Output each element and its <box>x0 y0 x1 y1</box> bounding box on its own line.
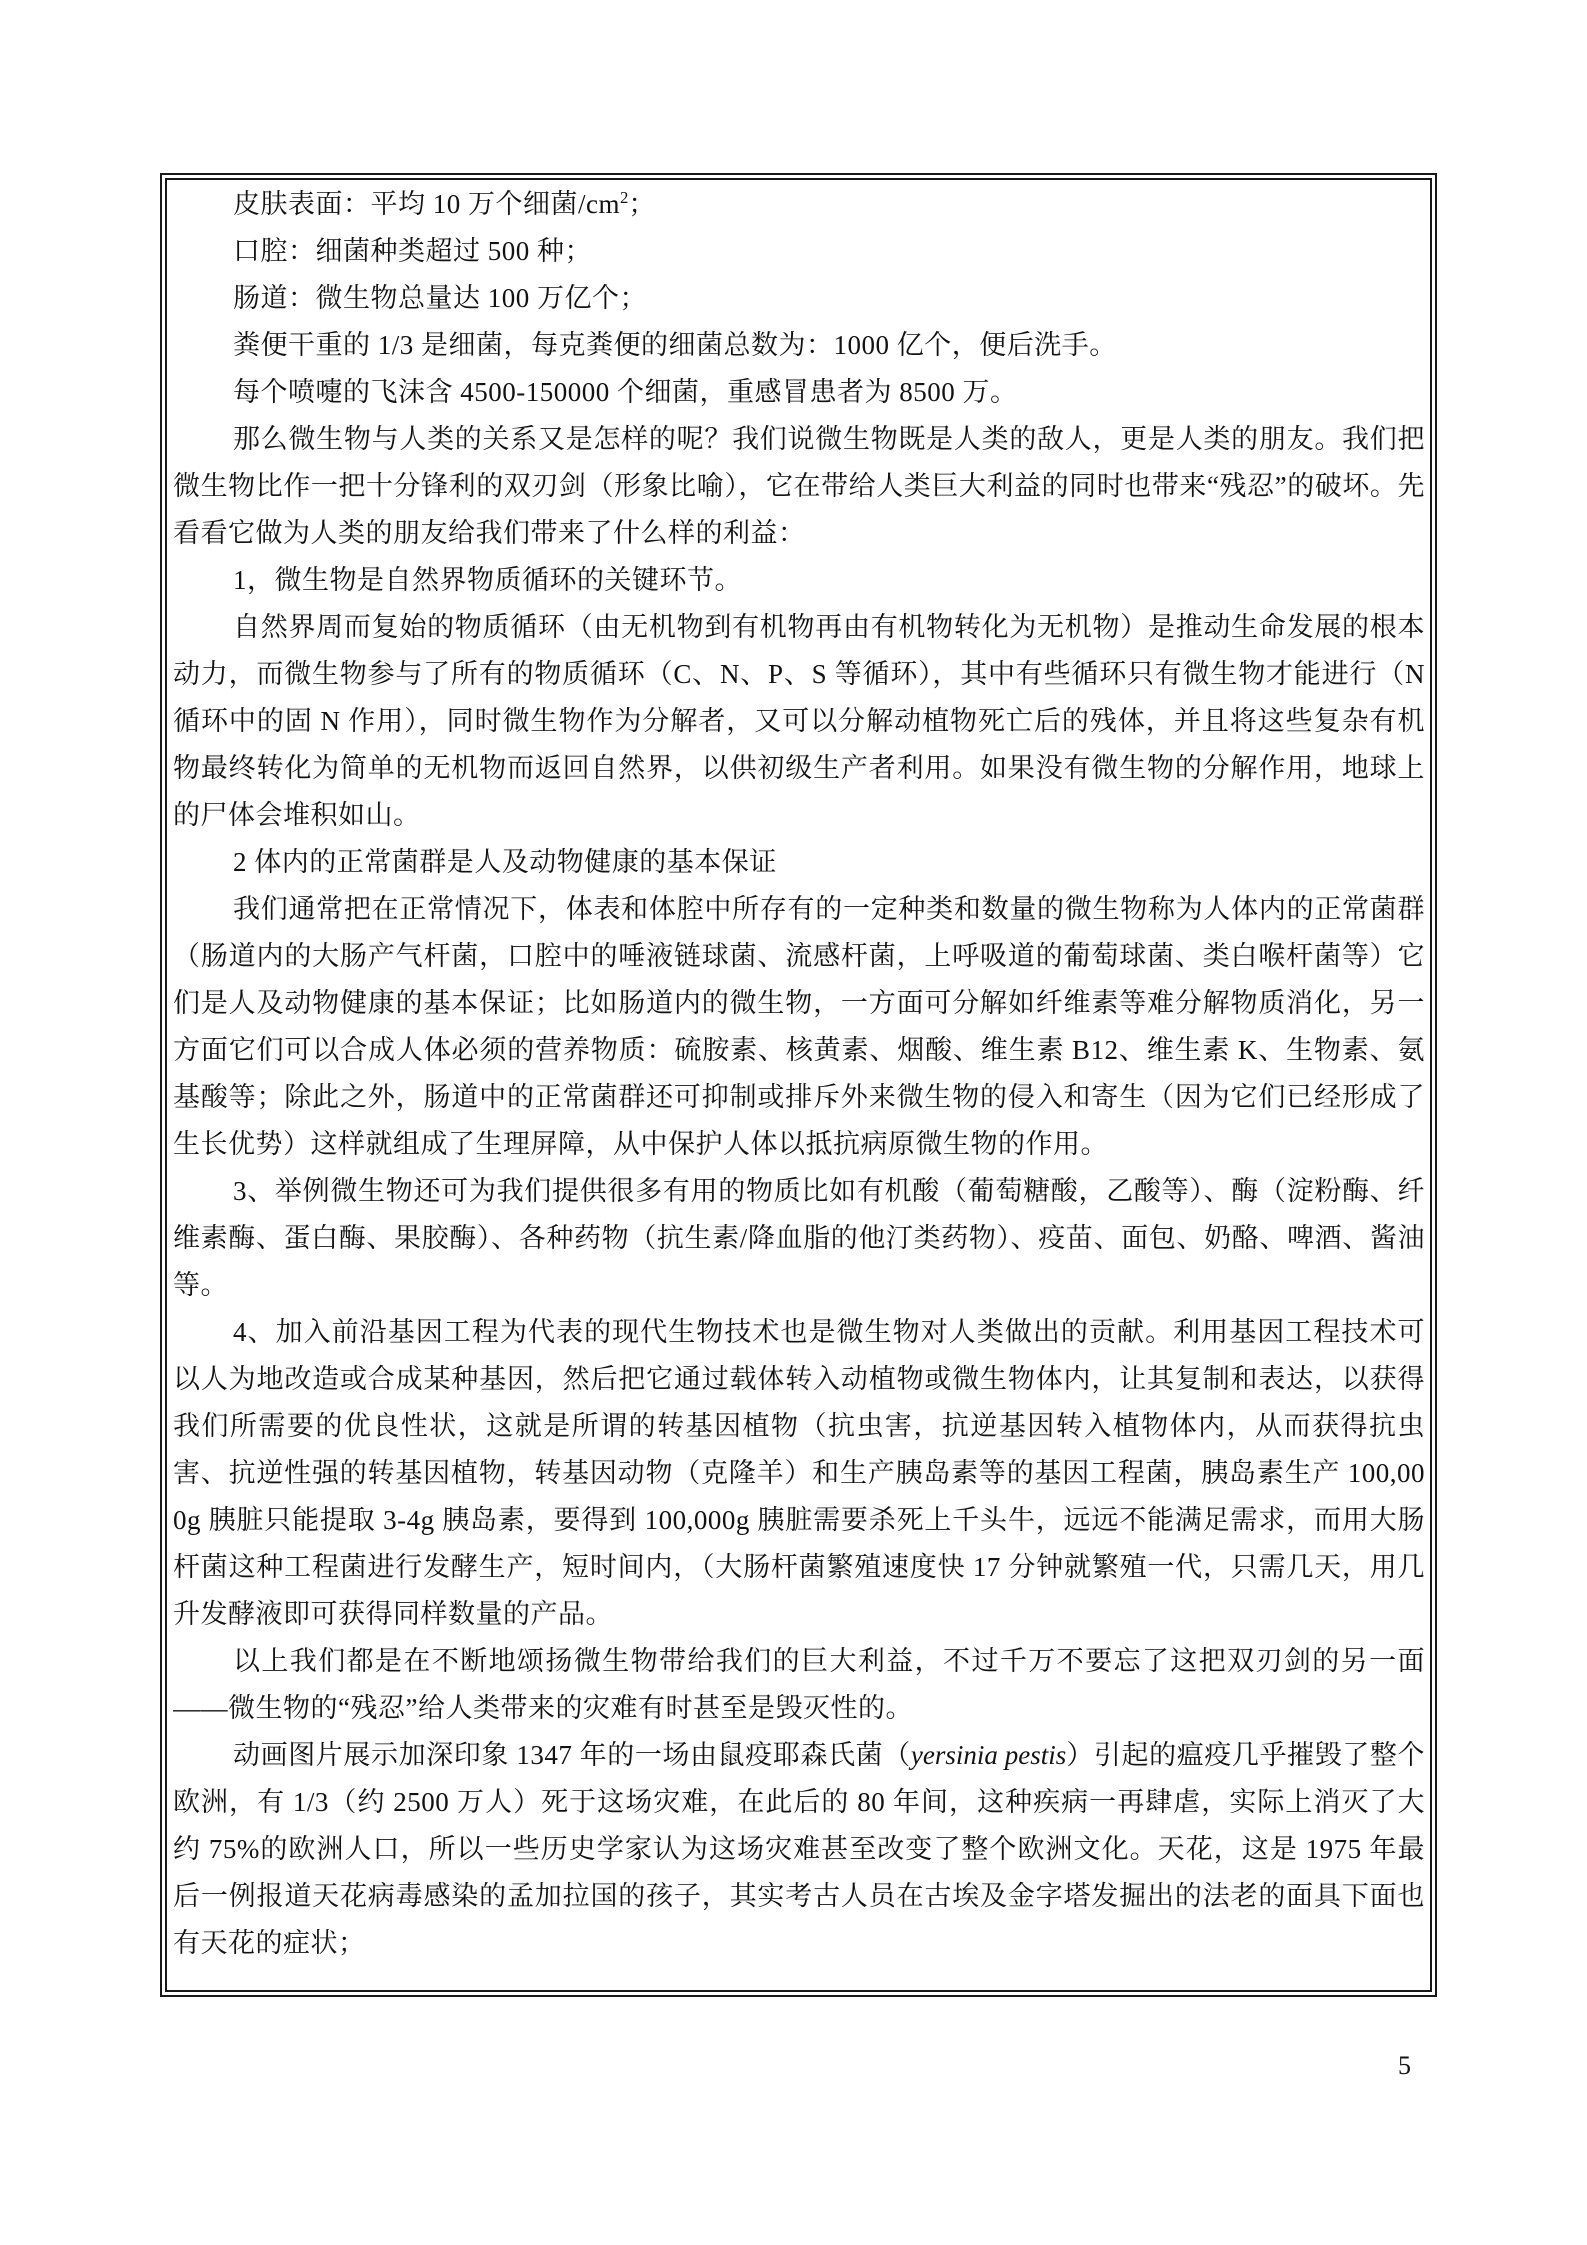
paragraph: 2 体内的正常菌群是人及动物健康的基本保证 <box>173 839 1425 886</box>
text-run: ； <box>628 189 656 219</box>
italic-text: yersinia pestis <box>911 1740 1066 1770</box>
text-run: 每个喷嚏的飞沫含 4500-150000 个细菌，重感冒患者为 8500 万。 <box>233 377 1018 407</box>
text-run: ）引起的瘟疫几乎摧毁了整个欧洲，有 1/3（约 2500 万人）死于这场灾难，在… <box>173 1740 1425 1958</box>
text-run: 3、举例微生物还可为我们提供很多有用的物质比如有机酸（葡萄糖酸，乙酸等）、酶（淀… <box>173 1176 1425 1300</box>
content-border-inner: 皮肤表面：平均 10 万个细菌/cm2；口腔：细菌种类超过 500 种；肠道：微… <box>165 178 1432 1992</box>
paragraph: 我们通常把在正常情况下，体表和体腔中所存有的一定种类和数量的微生物称为人体内的正… <box>173 886 1425 1168</box>
text-run: 口腔：细菌种类超过 500 种； <box>233 236 592 266</box>
paragraph: 1，微生物是自然界物质循环的关键环节。 <box>173 557 1425 604</box>
text-run: 肠道：微生物总量达 100 万亿个； <box>233 283 647 313</box>
paragraph: 自然界周而复始的物质循环（由无机物到有机物再由有机物转化为无机物）是推动生命发展… <box>173 604 1425 839</box>
paragraph: 每个喷嚏的飞沫含 4500-150000 个细菌，重感冒患者为 8500 万。 <box>173 369 1425 416</box>
text-run: 动画图片展示加深印象 1347 年的一场由鼠疫耶森氏菌（ <box>233 1740 911 1770</box>
text-run: 以上我们都是在不断地颂扬微生物带给我们的巨大利益，不过千万不要忘了这把双刃剑的另… <box>173 1646 1425 1723</box>
text-run: 皮肤表面：平均 10 万个细菌/cm <box>233 189 620 219</box>
text-run: 粪便干重的 1/3 是细菌，每克粪便的细菌总数为：1000 亿个，便后洗手。 <box>233 330 1117 360</box>
paragraph: 粪便干重的 1/3 是细菌，每克粪便的细菌总数为：1000 亿个，便后洗手。 <box>173 322 1425 369</box>
document-body: 皮肤表面：平均 10 万个细菌/cm2；口腔：细菌种类超过 500 种；肠道：微… <box>173 181 1425 1988</box>
text-run: 我们通常把在正常情况下，体表和体腔中所存有的一定种类和数量的微生物称为人体内的正… <box>173 894 1425 1159</box>
paragraph: 那么微生物与人类的关系又是怎样的呢？我们说微生物既是人类的敌人，更是人类的朋友。… <box>173 416 1425 557</box>
text-run: 那么微生物与人类的关系又是怎样的呢？我们说微生物既是人类的敌人，更是人类的朋友。… <box>173 424 1425 548</box>
text-run: 自然界周而复始的物质循环（由无机物到有机物再由有机物转化为无机物）是推动生命发展… <box>173 612 1425 830</box>
document-page: 皮肤表面：平均 10 万个细菌/cm2；口腔：细菌种类超过 500 种；肠道：微… <box>0 0 1587 2245</box>
paragraph: 动画图片展示加深印象 1347 年的一场由鼠疫耶森氏菌（yersinia pes… <box>173 1732 1425 1967</box>
text-run: 1，微生物是自然界物质循环的关键环节。 <box>233 565 742 595</box>
content-border-frame: 皮肤表面：平均 10 万个细菌/cm2；口腔：细菌种类超过 500 种；肠道：微… <box>160 173 1437 1997</box>
paragraph: 4、加入前沿基因工程为代表的现代生物技术也是微生物对人类做出的贡献。利用基因工程… <box>173 1309 1425 1638</box>
paragraph: 以上我们都是在不断地颂扬微生物带给我们的巨大利益，不过千万不要忘了这把双刃剑的另… <box>173 1638 1425 1732</box>
paragraph: 皮肤表面：平均 10 万个细菌/cm2； <box>173 181 1425 228</box>
page-number: 5 <box>1398 2050 1411 2082</box>
paragraph: 肠道：微生物总量达 100 万亿个； <box>173 275 1425 322</box>
paragraph: 口腔：细菌种类超过 500 种； <box>173 228 1425 275</box>
text-run: 4、加入前沿基因工程为代表的现代生物技术也是微生物对人类做出的贡献。利用基因工程… <box>173 1317 1425 1629</box>
text-run: 2 体内的正常菌群是人及动物健康的基本保证 <box>233 847 777 877</box>
paragraph: 3、举例微生物还可为我们提供很多有用的物质比如有机酸（葡萄糖酸，乙酸等）、酶（淀… <box>173 1168 1425 1309</box>
